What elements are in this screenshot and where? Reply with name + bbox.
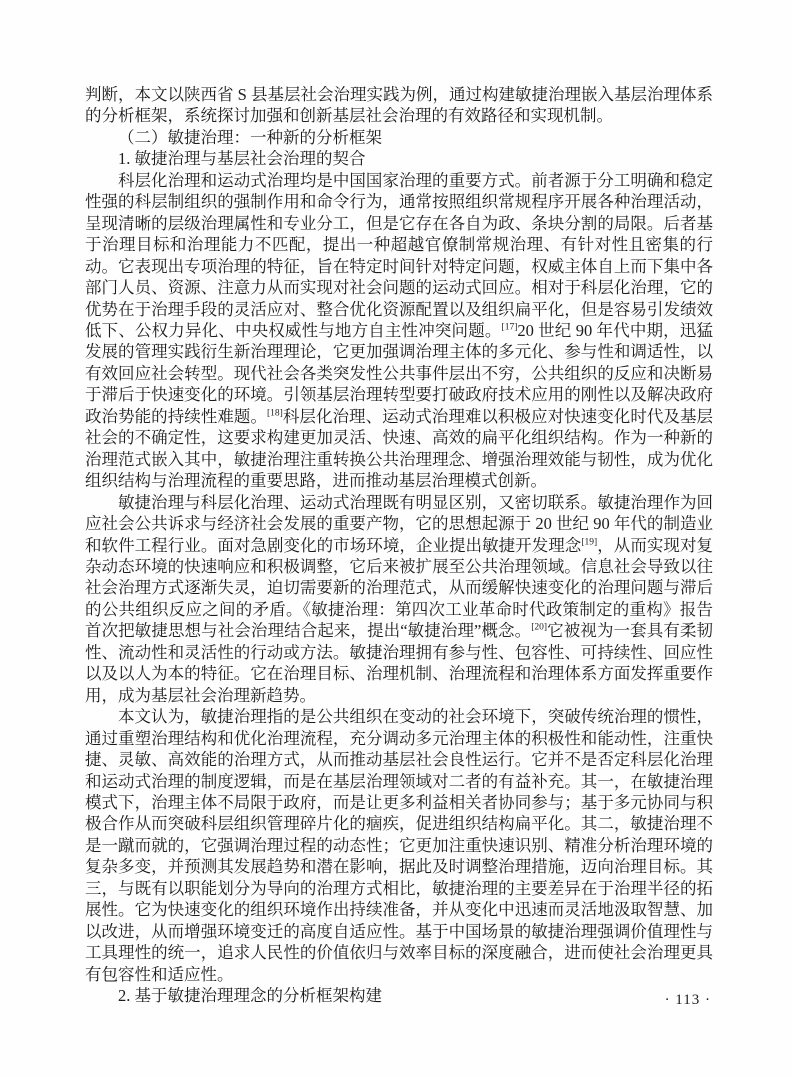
section-heading: （二）敏捷治理：一种新的分析框架 [85,127,713,148]
page-number: · 113 · [665,992,711,1009]
article-body: 判断，本文以陕西省 S 县基层社会治理实践为例，通过构建敏捷治理嵌入基层治理体系… [85,84,713,1006]
citation-ref-18: [18] [267,408,283,418]
paragraph-1-text-a: 科层化治理和运动式治理均是中国国家治理的重要方式。前者源于分工明确和稳定性强的科… [85,171,713,340]
subsection-heading-1: 1. 敏捷治理与基层社会治理的契合 [85,148,713,169]
citation-ref-19: [19] [581,537,597,547]
paragraph-2: 敏捷治理与科层化治理、运动式治理既有明显区别，又密切联系。敏捷治理作为回应社会公… [85,492,713,707]
paragraph-1: 科层化治理和运动式治理均是中国国家治理的重要方式。前者源于分工明确和稳定性强的科… [85,170,713,492]
paragraph-3: 本文认为，敏捷治理指的是公共组织在变动的社会环境下，突破传统治理的惯性，通过重塑… [85,706,713,985]
document-page: 判断，本文以陕西省 S 县基层社会治理实践为例，通过构建敏捷治理嵌入基层治理体系… [0,0,793,1077]
paragraph-continuation: 判断，本文以陕西省 S 县基层社会治理实践为例，通过构建敏捷治理嵌入基层治理体系… [85,84,713,127]
subsection-heading-2: 2. 基于敏捷治理理念的分析框架构建 [85,985,713,1006]
citation-ref-20: [20] [531,623,547,633]
citation-ref-17: [17] [502,322,518,332]
